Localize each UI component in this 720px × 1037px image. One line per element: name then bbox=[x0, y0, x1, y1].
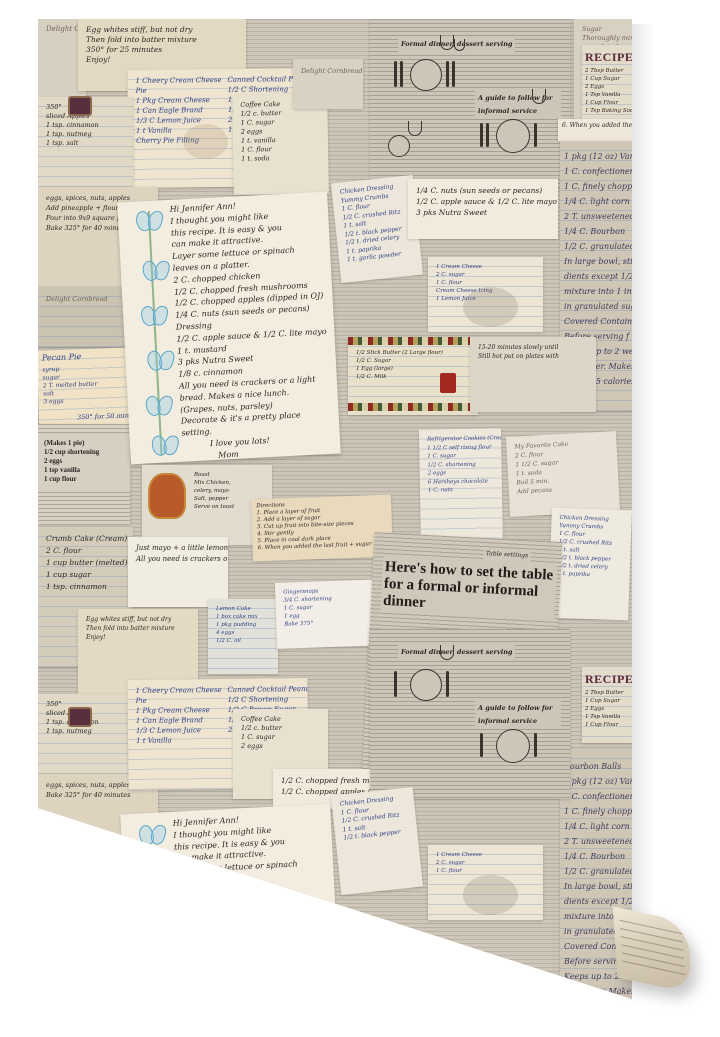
letter-from-mom: Hi Jennifer Ann! I thought you might lik… bbox=[117, 192, 340, 465]
recipe-card-top: RECIPE: 2 Tbsp Butter 1 Cup Sugar 2 Eggs… bbox=[582, 45, 632, 121]
card-chicken-dressing-repeat: Chicken Dressing 1 C. flour 1/2 C. crush… bbox=[331, 787, 423, 895]
card-stained-lined: 1 Cream Cheese 2 C. sugar 1 C. flour Cre… bbox=[428, 257, 543, 332]
product-image: Delight Cornbread Egg whites stiff, but … bbox=[0, 0, 720, 1037]
turkey-icon bbox=[148, 473, 186, 519]
butterfly-icon bbox=[141, 305, 168, 326]
butterfly-icon bbox=[147, 350, 174, 371]
card-fruit-strip: 6. When you added the last fruit + sugar bbox=[558, 119, 632, 141]
butterfly-icon bbox=[152, 435, 179, 456]
meringue-text: Egg whites stiff, but not dry Then fold … bbox=[78, 19, 246, 71]
newsprint-shortening-recipe: (Makes 1 pie) 1/2 cup shortening 2 eggs … bbox=[38, 424, 130, 524]
card-striped-border: 1/2 Stick Butter (2 Large flour) 1/2 C. … bbox=[348, 337, 478, 415]
butterfly-icon bbox=[145, 395, 172, 416]
letter-from-mom-repeat: Hi Jennifer Ann! I thought you might lik… bbox=[120, 804, 338, 965]
newspaper-headline: Here's how to set the table for a formal… bbox=[381, 557, 558, 621]
card-fruit-directions: Directions 1. Place a layer of fruit 2. … bbox=[251, 495, 393, 562]
card-note-light-lunch: Just mayo + a little lemon All you need … bbox=[128, 537, 228, 607]
recipe-card-repeat: RECIPE: 2 Tbsp Butter 1 Cup Sugar 2 Eggs… bbox=[582, 667, 632, 743]
letter-text: Hi Jennifer Ann! I thought you might lik… bbox=[169, 196, 333, 463]
butterfly-icon bbox=[142, 260, 169, 281]
card-15-20-minutes: 15-20 minutes slowly until Still hot put… bbox=[470, 337, 596, 412]
wallpaper-sheet: Delight Cornbread Egg whites stiff, but … bbox=[38, 19, 632, 999]
butterfly-icon bbox=[139, 824, 166, 845]
newspaper-table-settings-repeat: Formal dinner, dessert serving A guide t… bbox=[370, 629, 570, 799]
newspaper-table-settings-top: Formal dinner, dessert serving A guide t… bbox=[370, 19, 570, 187]
card-stained-lined-repeat: 1 Cream Cheese 2 C. sugar 1 C. flour bbox=[428, 845, 543, 920]
tin-can-icon bbox=[440, 373, 456, 393]
card-apple-spice-repeat: 350° sliced Apples 1 tsp. cinnamon 1 tsp… bbox=[38, 694, 133, 774]
stamp-icon bbox=[68, 707, 92, 727]
butterfly-icon bbox=[136, 210, 163, 231]
card-dressing-continuation: 1/4 C. nuts (sun seeds or pecans) 1/2 C.… bbox=[408, 179, 558, 239]
stain bbox=[463, 287, 518, 327]
card-pecan-pie: Pecan Pie syrup sugar 2 T. melted butter… bbox=[38, 347, 135, 428]
stain bbox=[183, 124, 228, 159]
card-blue-lined-cake: Lemon Cake 1 box cake mix 1 pkg pudding … bbox=[208, 599, 278, 674]
card-favorite-cake: My Favorite Cake 2 C. flour 1 1/2 C. sug… bbox=[506, 431, 620, 517]
card-delight-cornbread: Delight Cornbread bbox=[293, 59, 363, 109]
sheet-edge-shadow bbox=[632, 24, 654, 934]
stamp-icon bbox=[68, 96, 92, 116]
